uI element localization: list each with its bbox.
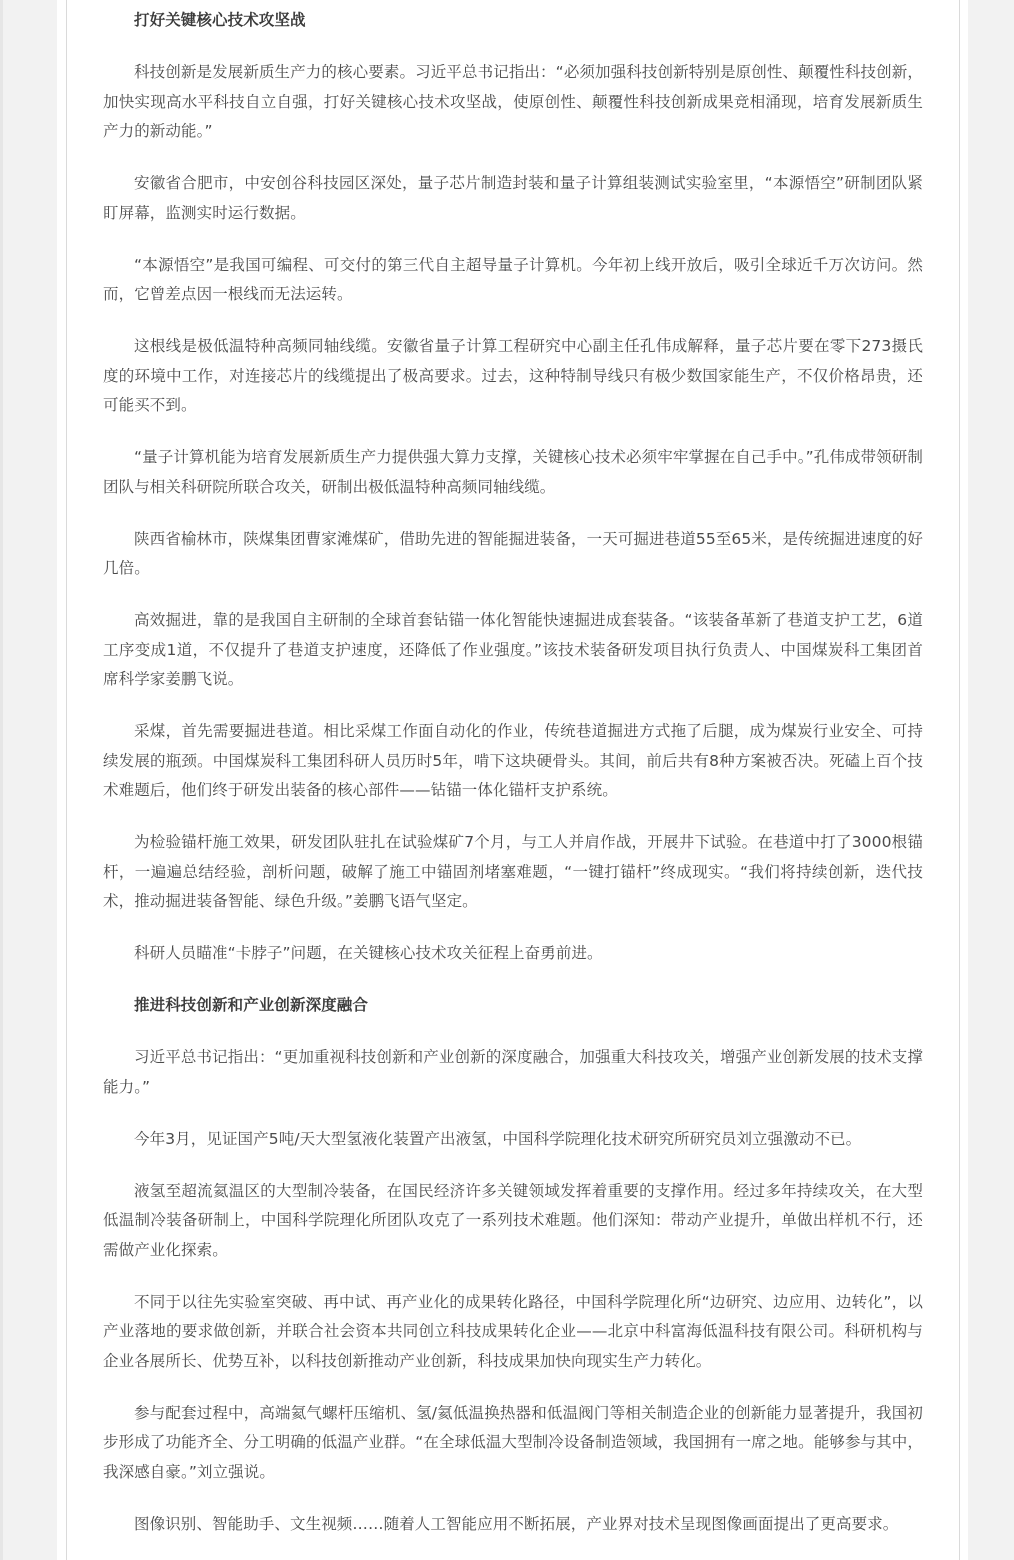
article-paragraph: 高效掘进，靠的是我国自主研制的全球首套钻锚一体化智能快速掘进成套装备。“该装备革…	[103, 606, 923, 695]
article-paragraph: 陕西省榆林市，陕煤集团曹家滩煤矿，借助先进的智能掘进装备，一天可掘进巷道55至6…	[103, 525, 923, 584]
article-paragraph: “量子计算机能为培育发展新质生产力提供强大算力支撑，关键核心技术必须牢牢掌握在自…	[103, 443, 923, 502]
article-paragraph: 为检验锚杆施工效果，研发团队驻扎在试验煤矿7个月，与工人并肩作战，开展井下试验。…	[103, 828, 923, 917]
article-paragraph: 科技创新是发展新质生产力的核心要素。习近平总书记指出：“必须加强科技创新特别是原…	[103, 58, 923, 147]
article-paragraph: 今年3月，见证国产5吨/天大型氢液化装置产出液氢，中国科学院理化技术研究所研究员…	[103, 1125, 923, 1155]
article-paragraph: 液氢至超流氦温区的大型制冷装备，在国民经济许多关键领域发挥着重要的支撑作用。经过…	[103, 1177, 923, 1266]
article-paragraph: 这根线是极低温特种高频同轴线缆。安徽省量子计算工程研究中心副主任孔伟成解释，量子…	[103, 332, 923, 421]
section-heading: 打好关键核心技术攻坚战	[103, 6, 923, 36]
article-paragraph: 科研人员瞄准“卡脖子”问题，在关键核心技术攻关征程上奋勇前进。	[103, 939, 923, 969]
article-paragraph: 不同于以往先实验室突破、再中试、再产业化的成果转化路径，中国科学院理化所“边研究…	[103, 1288, 923, 1377]
article-paragraph: 习近平总书记指出：“更加重视科技创新和产业创新的深度融合，加强重大科技攻关，增强…	[103, 1043, 923, 1102]
article-paragraph: 图像识别、智能助手、文生视频……随着人工智能应用不断拓展，产业界对技术呈现图像画…	[103, 1510, 923, 1540]
section-heading: 推进科技创新和产业创新深度融合	[103, 991, 923, 1021]
article-paragraph: “本源悟空”是我国可编程、可交付的第三代自主超导量子计算机。今年初上线开放后，吸…	[103, 251, 923, 310]
article-paragraph: 安徽省合肥市，中安创谷科技园区深处，量子芯片制造封装和量子计算组装测试实验室里，…	[103, 169, 923, 228]
article-body: 打好关键核心技术攻坚战 科技创新是发展新质生产力的核心要素。习近平总书记指出：“…	[103, 6, 923, 1560]
left-page-edge	[0, 0, 3, 1560]
article-paragraph: 采煤，首先需要掘进巷道。相比采煤工作面自动化的作业，传统巷道掘进方式拖了后腿，成…	[103, 717, 923, 806]
article-paragraph: 参与配套过程中，高端氦气螺杆压缩机、氢/氦低温换热器和低温阀门等相关制造企业的创…	[103, 1399, 923, 1488]
